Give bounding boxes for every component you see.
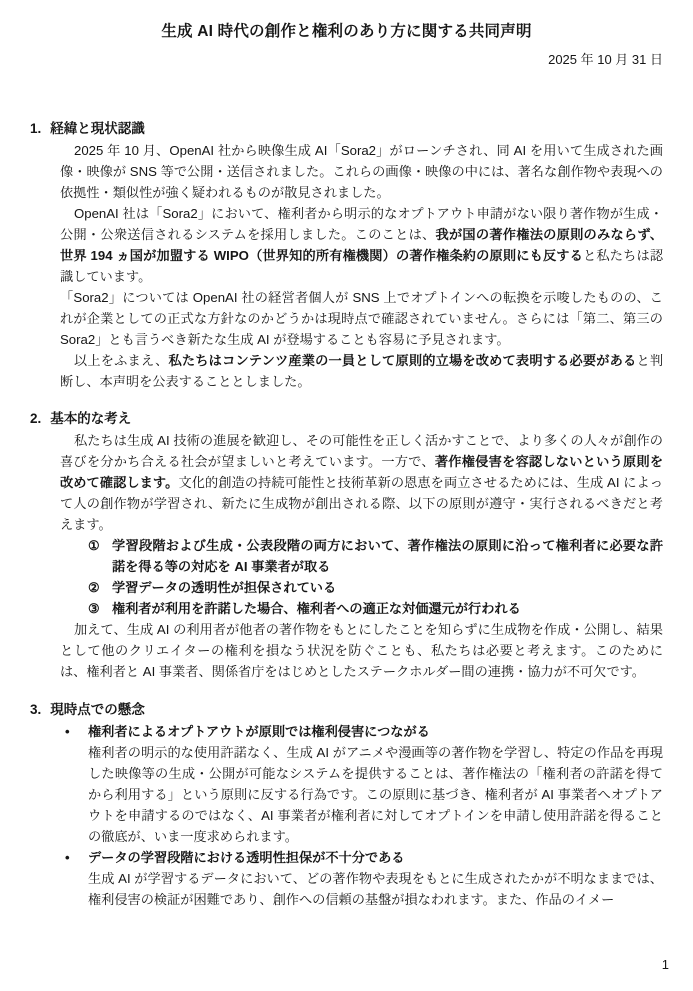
section-2-heading-label: 基本的な考え	[50, 408, 131, 429]
paragraph: OpenAI 社は「Sora2」において、権利者から明示的なオプトアウト申請がな…	[60, 203, 663, 287]
paragraph: 「Sora2」については OpenAI 社の経営者個人が SNS 上でオプトイン…	[60, 287, 663, 350]
list-item-text: 権利者が利用を許諾した場合、権利者への適正な対価還元が行われる	[112, 598, 663, 619]
section-3-number: 3.	[30, 699, 41, 720]
section-1-heading: 1. 経緯と現状認識	[30, 118, 663, 139]
document-date: 2025 年 10 月 31 日	[30, 49, 663, 70]
list-item: ① 学習段階および生成・公表段階の両方において、著作権法の原則に沿って権利者に必…	[88, 535, 663, 577]
bullet-icon: •	[65, 721, 88, 847]
section-3-body: • 権利者によるオプトアウトが原則では権利侵害につながる 権利者の明示的な使用許…	[60, 721, 663, 910]
list-item-text: 学習データの透明性が担保されている	[112, 577, 663, 598]
circled-number-2: ②	[88, 577, 112, 598]
section-1-body: 2025 年 10 月、OpenAI 社から映像生成 AI「Sora2」がローン…	[60, 140, 663, 392]
bullet-icon: •	[65, 847, 88, 910]
bullet-heading: データの学習段階における透明性担保が不十分である	[88, 847, 663, 868]
list-item: ③ 権利者が利用を許諾した場合、権利者への適正な対価還元が行われる	[88, 598, 663, 619]
bullet-body-text: 生成 AI が学習するデータにおいて、どの著作物や表現をもとに生成されたかが不明…	[88, 868, 663, 910]
section-3-heading-label: 現時点での懸念	[50, 699, 145, 720]
section-1-heading-label: 経緯と現状認識	[50, 118, 145, 139]
circled-number-1: ①	[88, 535, 112, 577]
section-current-concerns: 3. 現時点での懸念 • 権利者によるオプトアウトが原則では権利侵害につながる …	[30, 699, 663, 910]
section-background: 1. 経緯と現状認識 2025 年 10 月、OpenAI 社から映像生成 AI…	[30, 118, 663, 392]
list-item: ② 学習データの透明性が担保されている	[88, 577, 663, 598]
paragraph: 2025 年 10 月、OpenAI 社から映像生成 AI「Sora2」がローン…	[60, 140, 663, 203]
page-title: 生成 AI 時代の創作と権利のあり方に関する共同声明	[30, 20, 663, 43]
circled-number-3: ③	[88, 598, 112, 619]
page-number: 1	[662, 957, 669, 972]
section-basic-principles: 2. 基本的な考え 私たちは生成 AI 技術の進展を歓迎し、その可能性を正しく活…	[30, 408, 663, 682]
section-2-heading: 2. 基本的な考え	[30, 408, 663, 429]
bullet-body-text: 権利者の明示的な使用許諾なく、生成 AI がアニメや漫画等の著作物を学習し、特定…	[88, 742, 663, 847]
section-1-number: 1.	[30, 118, 41, 139]
bullet-content: 権利者によるオプトアウトが原則では権利侵害につながる 権利者の明示的な使用許諾な…	[88, 721, 663, 847]
list-item-text: 学習段階および生成・公表段階の両方において、著作権法の原則に沿って権利者に必要な…	[112, 535, 663, 577]
paragraph: 以上をふまえ、私たちはコンテンツ産業の一員として原則的立場を改めて表明する必要が…	[60, 350, 663, 392]
numbered-principles-list: ① 学習段階および生成・公表段階の両方において、著作権法の原則に沿って権利者に必…	[88, 535, 663, 619]
paragraph: 私たちは生成 AI 技術の進展を歓迎し、その可能性を正しく活かすことで、より多く…	[60, 430, 663, 535]
bullet-item: • データの学習段階における透明性担保が不十分である 生成 AI が学習するデー…	[65, 847, 663, 910]
document-page: 生成 AI 時代の創作と権利のあり方に関する共同声明 2025 年 10 月 3…	[0, 0, 693, 991]
paragraph: 加えて、生成 AI の利用者が他者の著作物をもとにしたことを知らずに生成物を作成…	[60, 619, 663, 682]
section-2-body: 私たちは生成 AI 技術の進展を歓迎し、その可能性を正しく活かすことで、より多く…	[60, 430, 663, 682]
bullet-item: • 権利者によるオプトアウトが原則では権利侵害につながる 権利者の明示的な使用許…	[65, 721, 663, 847]
section-2-number: 2.	[30, 408, 41, 429]
bullet-heading: 権利者によるオプトアウトが原則では権利侵害につながる	[88, 721, 663, 742]
section-3-heading: 3. 現時点での懸念	[30, 699, 663, 720]
bullet-content: データの学習段階における透明性担保が不十分である 生成 AI が学習するデータに…	[88, 847, 663, 910]
